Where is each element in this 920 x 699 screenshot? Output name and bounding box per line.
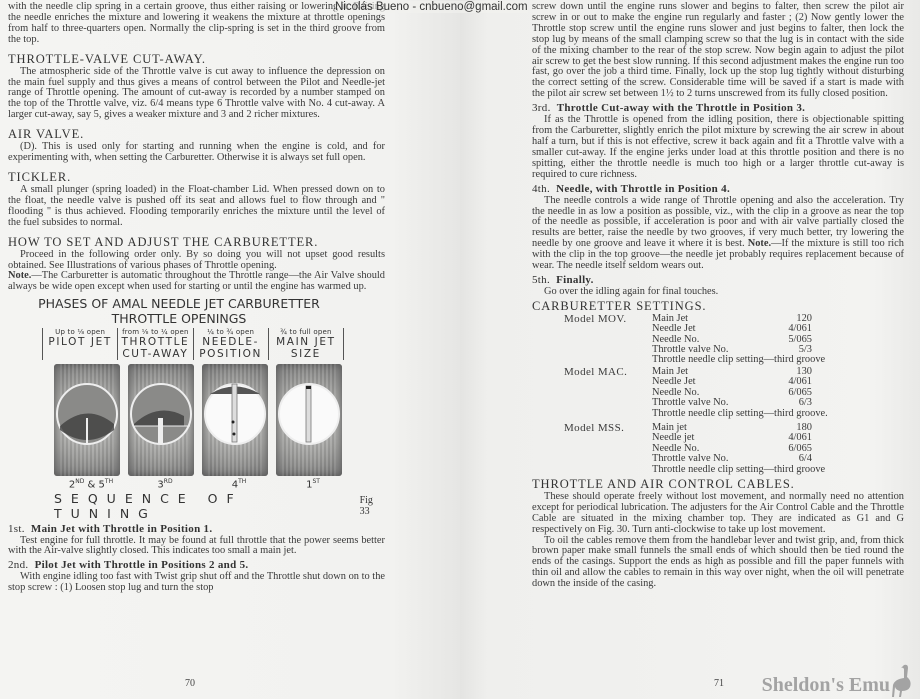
step-2-body: With engine idling too fast with Twist g… (8, 572, 385, 594)
step-title: Throttle Cut-away with the Throttle in P… (557, 102, 805, 114)
figure-header-pilot-jet: Up to ⅛ open PILOT JET (43, 328, 118, 360)
emu-icon (890, 663, 914, 697)
setting-key: Throttle valve No. (652, 454, 782, 464)
section-heading-air-valve: AIR VALVE. (8, 128, 385, 141)
how-to-body: Proceed in the following order only. By … (8, 250, 385, 272)
step-title: Main Jet with Throttle in Position 1. (31, 523, 213, 535)
page-number-right: 71 (714, 678, 724, 689)
sequence-caption-row: SEQUENCE OF TUNING Fig 33 (54, 491, 385, 521)
clip-note: Throttle needle clip setting—third groov… (652, 465, 904, 475)
figure-column-headers: Up to ⅛ open PILOT JET from ⅛ to ¼ open … (42, 328, 344, 360)
note-label: Note. (8, 270, 31, 281)
step-title: Needle, with Throttle in Position 4. (556, 183, 730, 195)
step-title: Finally. (556, 274, 594, 286)
section-heading-tickler: TICKLER. (8, 171, 385, 184)
how-to-note: Note.—The Carburetter is automatic throu… (8, 271, 385, 293)
model-name: Model MOV. (532, 314, 652, 366)
section-heading-throttle-valve: THROTTLE-VALVE CUT-AWAY. (8, 53, 385, 66)
phase-label-2: SIZE (271, 348, 341, 360)
left-column: with the needle clip spring in a certain… (8, 2, 385, 594)
watermark-text: Sheldon's Emu (762, 674, 890, 697)
model-mss: Model MSS. Main jet180 Needle jet4/061 N… (532, 423, 904, 475)
step-title: Pilot Jet with Throttle in Positions 2 a… (35, 559, 249, 571)
page-number-left: 70 (185, 678, 195, 689)
figure-title-line1: PHASES OF AMAL NEEDLE JET CARBURETTER (14, 296, 344, 311)
book-spread: with the needle clip spring in a certain… (0, 0, 920, 699)
figure-33: PHASES OF AMAL NEEDLE JET CARBURETTER TH… (8, 296, 385, 520)
step-4-heading: 4th. Needle, with Throttle in Position 4… (532, 183, 904, 195)
step-5-heading: 5th. Finally. (532, 274, 904, 286)
order-label: 4TH (202, 478, 276, 490)
section-body-throttle-valve: The atmospheric side of the Throttle val… (8, 67, 385, 122)
setting-row: Throttle valve No.6/3 (652, 398, 904, 408)
intro-paragraph: with the needle clip spring in a certain… (8, 2, 385, 46)
throttle-illustration-needle (202, 364, 268, 476)
throttle-illustration-pilot (54, 364, 120, 476)
page-71: screw down until the engine runs slower … (460, 0, 920, 699)
watermark-credit: Nicolás Bueno - cnbueno@gmail.com (335, 1, 528, 13)
figure-header-main-jet: ¾ to full open MAIN JET SIZE (269, 328, 343, 360)
range-label: Up to ⅛ open (45, 328, 115, 336)
throttle-illustration-cutaway (128, 364, 194, 476)
section-body-tickler: A small plunger (spring loaded) in the F… (8, 185, 385, 229)
step-1-heading: 1st. Main Jet with Throttle in Position … (8, 523, 385, 535)
figure-throttle-illustrations (54, 364, 344, 476)
cables-paragraph-1: These should operate freely without lost… (532, 492, 904, 536)
phase-label: PILOT JET (45, 336, 115, 348)
step-3-heading: 3rd. Throttle Cut-away with the Throttle… (532, 102, 904, 114)
range-label: ¾ to full open (271, 328, 341, 336)
cables-heading: THROTTLE AND AIR CONTROL CABLES. (532, 478, 904, 491)
phase-label: NEEDLE- (196, 336, 266, 348)
step-number: 1st. (8, 523, 25, 535)
phase-label-2: POSITION (196, 348, 266, 360)
model-name: Model MSS. (532, 423, 652, 475)
order-label: 3RD (128, 478, 202, 490)
range-label: from ⅛ to ¼ open (120, 328, 190, 336)
step-4-body: The needle controls a wide range of Thro… (532, 196, 904, 272)
range-label: ¼ to ¾ open (196, 328, 266, 336)
section-body-air-valve: (D). This is used only for starting and … (8, 142, 385, 164)
model-name: Model MAC. (532, 367, 652, 419)
phase-label-2: CUT-AWAY (120, 348, 190, 360)
phase-label: THROTTLE (120, 336, 190, 348)
note-label: Note. (748, 238, 771, 249)
continued-paragraph: screw down until the engine runs slower … (532, 2, 904, 100)
model-mov: Model MOV. Main Jet120 Needle Jet4/061 N… (532, 314, 904, 366)
watermark-sheldons-emu: Sheldon's Emu (762, 663, 914, 697)
page-70: with the needle clip spring in a certain… (0, 0, 460, 699)
step-2-heading: 2nd. Pilot Jet with Throttle in Position… (8, 559, 385, 571)
cables-paragraph-2: To oil the cables remove them from the h… (532, 536, 904, 591)
step-number: 5th. (532, 274, 550, 286)
clip-note: Throttle needle clip setting—third groov… (652, 355, 904, 365)
step-number: 2nd. (8, 559, 28, 571)
sequence-caption: SEQUENCE OF TUNING (54, 491, 354, 521)
step-3-body: If as the Throttle is opened from the id… (532, 115, 904, 180)
clip-note: Throttle needle clip setting—third groov… (652, 409, 904, 419)
figure-number: Fig 33 (360, 495, 385, 517)
carburetter-settings: Model MOV. Main Jet120 Needle Jet4/061 N… (532, 314, 904, 475)
figure-header-throttle-cutaway: from ⅛ to ¼ open THROTTLE CUT-AWAY (118, 328, 193, 360)
setting-key: Throttle valve No. (652, 398, 782, 408)
step-number: 3rd. (532, 102, 551, 114)
throttle-illustration-main-jet (276, 364, 342, 476)
phase-label-2 (45, 348, 115, 360)
step-5-body: Go over the idling again for final touch… (532, 287, 904, 298)
setting-value: 6/4 (782, 454, 812, 464)
step-number: 4th. (532, 183, 550, 195)
setting-row: Throttle valve No.6/4 (652, 454, 904, 464)
note-text: —The Carburetter is automatic throughout… (8, 270, 385, 292)
figure-title-line2: THROTTLE OPENINGS (14, 311, 344, 326)
tuning-order-labels: 2ND & 5TH 3RD 4TH 1ST (54, 478, 350, 490)
order-label: 1ST (276, 478, 350, 490)
figure-header-needle-position: ¼ to ¾ open NEEDLE- POSITION (194, 328, 269, 360)
step-1-body: Test engine for full throttle. It may be… (8, 536, 385, 558)
order-label: 2ND & 5TH (54, 478, 128, 490)
settings-heading: CARBURETTER SETTINGS. (532, 300, 904, 313)
setting-value: 6/3 (782, 398, 812, 408)
section-heading-how-to: HOW TO SET AND ADJUST THE CARBURETTER. (8, 236, 385, 249)
phase-label: MAIN JET (271, 336, 341, 348)
right-column: screw down until the engine runs slower … (532, 2, 904, 590)
model-mac: Model MAC. Main Jet130 Needle Jet4/061 N… (532, 367, 904, 419)
